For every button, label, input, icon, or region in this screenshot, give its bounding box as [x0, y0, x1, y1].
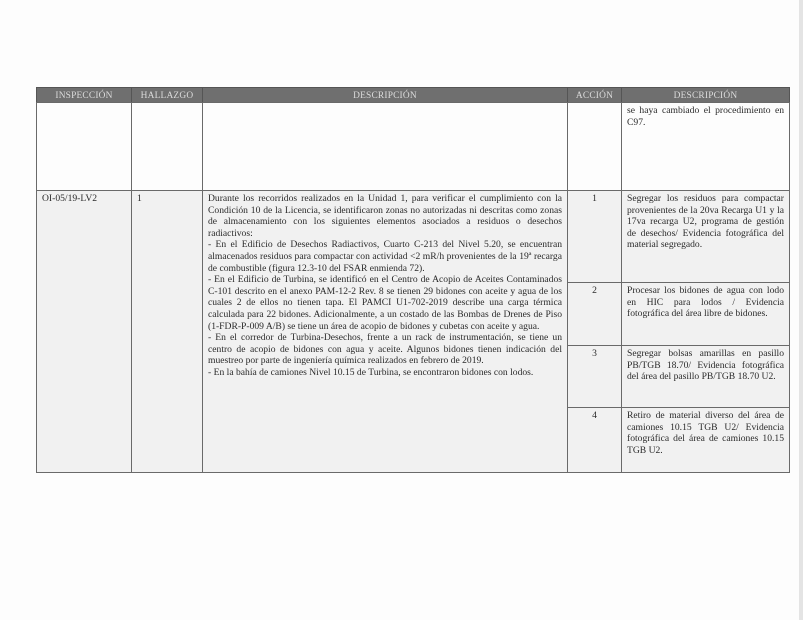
accion-descripcion: Procesar los bidones de agua con lodo en…	[621, 282, 790, 346]
hallazgo-number: 1	[131, 190, 203, 473]
accion-number: 4	[567, 407, 622, 473]
accion-number: 1	[567, 190, 622, 283]
cont-descripcion-cell	[202, 102, 568, 191]
findings-table: INSPECCIÓN HALLAZGO DESCRIPCIÓN ACCIÓN D…	[36, 87, 790, 473]
accion-descripcion: Segregar bolsas amarillas en pasillo PB/…	[621, 345, 790, 408]
header-inspeccion: INSPECCIÓN	[36, 87, 132, 103]
accion-descripcion: Retiro de material diverso del área de c…	[621, 407, 790, 473]
accion-number: 2	[567, 282, 622, 346]
header-hallazgo: HALLAZGO	[131, 87, 203, 103]
accion-number: 3	[567, 345, 622, 408]
header-descripcion: DESCRIPCIÓN	[202, 87, 568, 103]
header-accion: ACCIÓN	[567, 87, 622, 103]
cont-accion-descripcion: se haya cambiado el procedimiento en C97…	[621, 102, 790, 191]
cont-accion-cell	[567, 102, 622, 191]
cont-inspeccion-cell	[36, 102, 132, 191]
page-edge	[799, 0, 803, 620]
inspeccion-id: OI-05/19-LV2	[36, 190, 132, 473]
cont-hallazgo-cell	[131, 102, 203, 191]
header-accion-descripcion: DESCRIPCIÓN	[621, 87, 790, 103]
accion-descripcion: Segregar los residuos para compactar pro…	[621, 190, 790, 283]
hallazgo-descripcion: Durante los recorridos realizados en la …	[202, 190, 568, 473]
